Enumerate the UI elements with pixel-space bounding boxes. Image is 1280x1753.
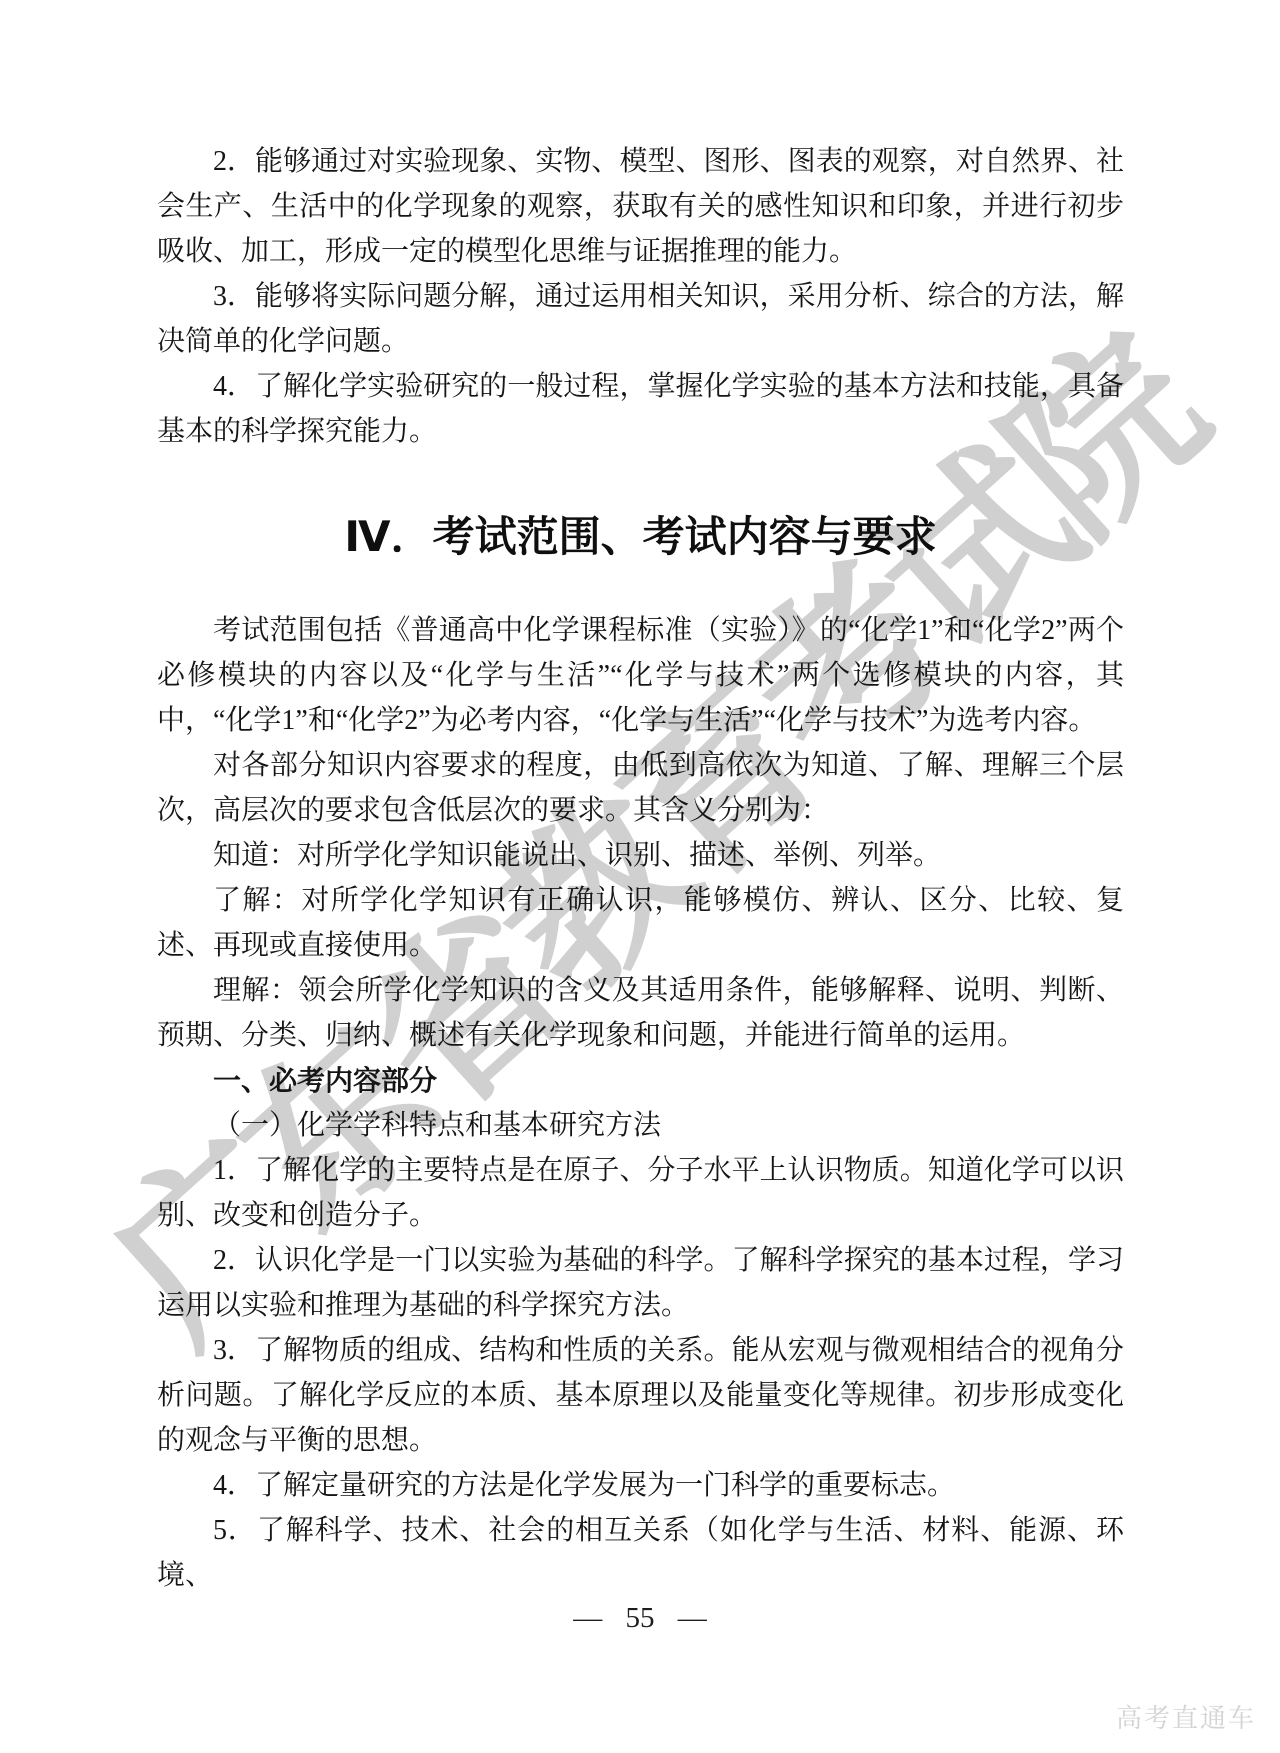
paragraph: 理解：领会所学化学知识的含义及其适用条件，能够解释、说明、判断、预期、分类、归纳… [157, 968, 1124, 1058]
paragraph: 对各部分知识内容要求的程度，由低到高依次为知道、了解、理解三个层次，高层次的要求… [157, 743, 1124, 833]
paragraph: 了解：对所学化学知识有正确认识，能够模仿、辨认、区分、比较、复述、再现或直接使用… [157, 878, 1124, 968]
document-page: 广东省教育考试院 2．能够通过对实验现象、实物、模型、图形、图表的观察，对自然界… [0, 0, 1280, 1753]
paragraph: 知道：对所学化学知识能说出、识别、描述、举例、列举。 [157, 833, 1124, 878]
numbered-item: 4．了解定量研究的方法是化学发展为一门科学的重要标志。 [157, 1463, 1124, 1508]
page-number: — 55 — [0, 1602, 1280, 1635]
numbered-item: 5．了解科学、技术、社会的相互关系（如化学与生活、材料、能源、环境、 [157, 1508, 1124, 1598]
numbered-item: 1．了解化学的主要特点是在原子、分子水平上认识物质。知道化学可以识别、改变和创造… [157, 1148, 1124, 1238]
numbered-item: 3．能够将实际问题分解，通过运用相关知识，采用分析、综合的方法，解决简单的化学问… [157, 274, 1124, 364]
subsection-subheading: （一）化学学科特点和基本研究方法 [157, 1103, 1124, 1148]
numbered-item: 2．能够通过对实验现象、实物、模型、图形、图表的观察，对自然界、社会生产、生活中… [157, 139, 1124, 274]
document-body: 2．能够通过对实验现象、实物、模型、图形、图表的观察，对自然界、社会生产、生活中… [157, 139, 1124, 1598]
numbered-item: 4．了解化学实验研究的一般过程，掌握化学实验的基本方法和技能，具备基本的科学探究… [157, 364, 1124, 454]
numbered-item: 2．认识化学是一门以实验为基础的科学。了解科学探究的基本过程，学习运用以实验和推… [157, 1238, 1124, 1328]
subsection-heading: 一、必考内容部分 [157, 1058, 1124, 1103]
corner-watermark: 高考直通车 [1116, 1698, 1256, 1735]
section-heading: Ⅳ．考试范围、考试内容与要求 [157, 510, 1124, 564]
paragraph: 考试范围包括《普通高中化学课程标准（实验）》的“化学1”和“化学2”两个必修模块… [157, 608, 1124, 743]
numbered-item: 3．了解物质的组成、结构和性质的关系。能从宏观与微观相结合的视角分析问题。了解化… [157, 1328, 1124, 1463]
